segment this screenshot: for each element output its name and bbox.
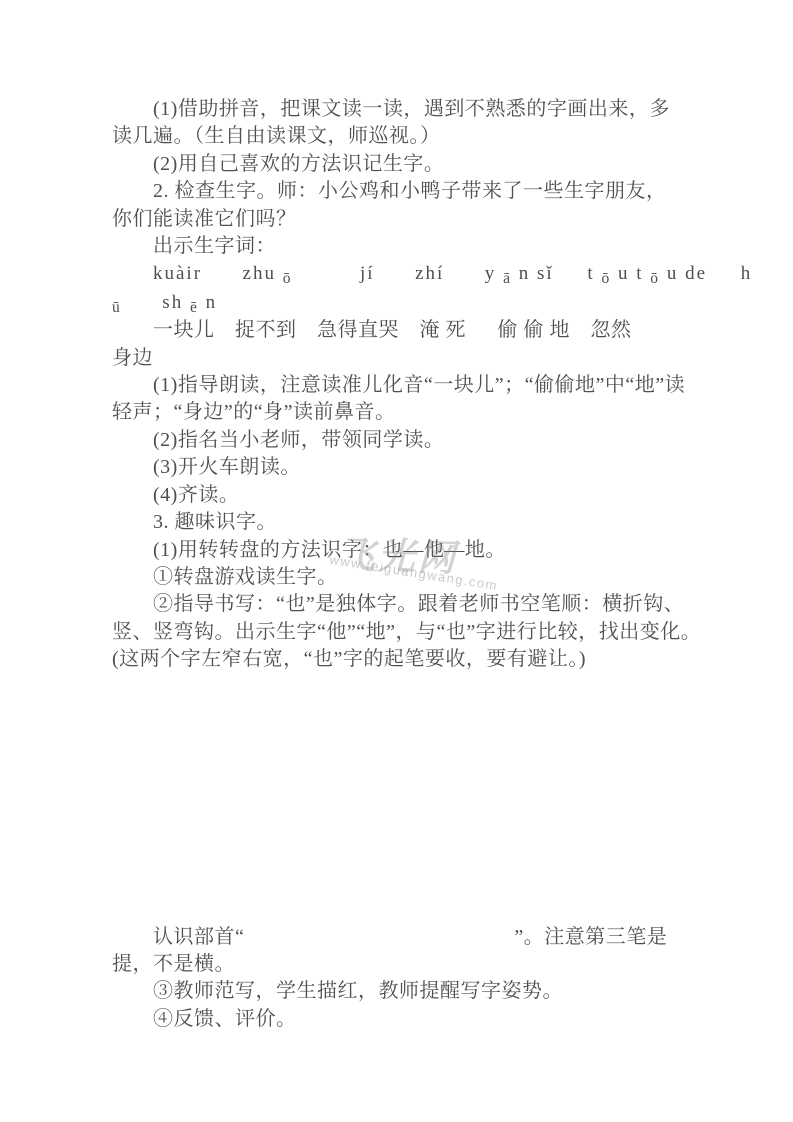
pinyin-tone-vowel: ē [190, 299, 199, 316]
text-segment: 认识部首“ [153, 926, 244, 948]
text-line: 身边 [112, 345, 684, 372]
paragraph: 2. 检查生字。师：小公鸡和小鸭子带来了一些生字朋友，你们能读准它们吗？ [112, 178, 684, 233]
text-segment: u de h [660, 263, 752, 284]
paragraph: ③教师范写，学生描红，教师提醒写字姿势。 [112, 978, 684, 1005]
text-line: 3. 趣味识字。 [112, 509, 684, 536]
paragraph: ②指导书写：“也”是独体字。跟着老师书空笔顺：横折钩、竖、竖弯钩。出示生字“他”… [112, 591, 684, 673]
text-line: 2. 检查生字。师：小公鸡和小鸭子带来了一些生字朋友， [112, 178, 684, 205]
blank-gap [244, 942, 514, 943]
text-segment: u t [611, 263, 650, 284]
document-page: (1)借助拼音，把课文读一读，遇到不熟悉的字画出来，多读几遍。（生自由读课文，师… [0, 0, 793, 1122]
text-line: 认识部首“”。注意第三笔是 [112, 924, 684, 951]
text-line: ②指导书写：“也”是独体字。跟着老师书空笔顺：横折钩、 [112, 591, 684, 618]
paragraph: (1)指导朗读，注意读准儿化音“一块儿”；“偷偷地”中“地”读轻声；“身边”的“… [112, 372, 684, 427]
text-line: 轻声；“身边”的“身”读前鼻音。 [112, 399, 684, 426]
text-segment: ”。注意第三笔是 [514, 926, 667, 948]
paragraph: (1)借助拼音，把课文读一读，遇到不熟悉的字画出来，多读几遍。（生自由读课文，师… [112, 96, 684, 151]
text-segment: jí zhí y [293, 263, 504, 284]
text-line: ③教师范写，学生描红，教师提醒写字姿势。 [112, 978, 684, 1005]
text-line: (2)指名当小老师，带领同学读。 [112, 427, 684, 454]
paragraph: (4)齐读。 [112, 482, 684, 509]
text-line: (1)借助拼音，把课文读一读，遇到不熟悉的字画出来，多 [112, 96, 684, 123]
text-segment: n sǐ t [512, 263, 601, 284]
text-line: (1)用转转盘的方法识字：也—他—地。 [112, 537, 684, 564]
text-line: (1)指导朗读，注意读准儿化音“一块儿”；“偷偷地”中“地”读 [112, 372, 684, 399]
text-segment: n [199, 292, 217, 313]
text-line: ④反馈、评价。 [112, 1006, 684, 1033]
text-line: (这两个字左窄右宽，“也”字的起笔要收，要有避让。) [112, 646, 684, 673]
text-line: 读几遍。（生自由读课文，师巡视。） [112, 123, 684, 150]
pinyin-tone-vowel: ō [283, 270, 293, 287]
pinyin-tone-vowel: ā [503, 270, 512, 287]
text-line: 提，不是横。 [112, 951, 684, 978]
text-line: kuàir zhu ō jí zhí y ā n sǐ t ō u t ō u … [112, 260, 684, 288]
text-line: (4)齐读。 [112, 482, 684, 509]
text-line: (3)开火车朗读。 [112, 454, 684, 481]
text-segment: sh [122, 292, 190, 313]
text-line: (2)用自己喜欢的方法识记生字。 [112, 151, 684, 178]
text-line: ū sh ē n [112, 289, 684, 317]
text-segment: kuàir zhu [153, 263, 283, 284]
text-line: 一块儿 捉不到 急得直哭 淹 死 偷 偷 地 忽然 [112, 317, 684, 344]
paragraph: 认识部首“”。注意第三笔是提，不是横。 [112, 924, 684, 979]
pinyin-tone-vowel: ō [601, 270, 611, 287]
pinyin-tone-vowel: ū [112, 299, 122, 316]
pinyin-line-group: kuàir zhu ō jí zhí y ā n sǐ t ō u t ō u … [112, 260, 684, 317]
paragraph: 出示生字词： [112, 233, 684, 260]
paragraph: ①转盘游戏读生字。 [112, 564, 684, 591]
pinyin-tone-vowel: ō [650, 270, 660, 287]
blank-area [112, 674, 684, 924]
text-line: 你们能读准它们吗？ [112, 206, 684, 233]
text-line: 竖、竖弯钩。出示生字“他”“地”，与“也”字进行比较，找出变化。 [112, 619, 684, 646]
paragraph: 3. 趣味识字。 [112, 509, 684, 536]
paragraph: ④反馈、评价。 [112, 1006, 684, 1033]
document-content: (1)借助拼音，把课文读一读，遇到不熟悉的字画出来，多读几遍。（生自由读课文，师… [112, 96, 684, 1033]
paragraph: (3)开火车朗读。 [112, 454, 684, 481]
paragraph: 一块儿 捉不到 急得直哭 淹 死 偷 偷 地 忽然身边 [112, 317, 684, 372]
paragraph: (2)指名当小老师，带领同学读。 [112, 427, 684, 454]
text-line: ①转盘游戏读生字。 [112, 564, 684, 591]
paragraph: (2)用自己喜欢的方法识记生字。 [112, 151, 684, 178]
text-line: 出示生字词： [112, 233, 684, 260]
paragraph: (1)用转转盘的方法识字：也—他—地。 [112, 537, 684, 564]
